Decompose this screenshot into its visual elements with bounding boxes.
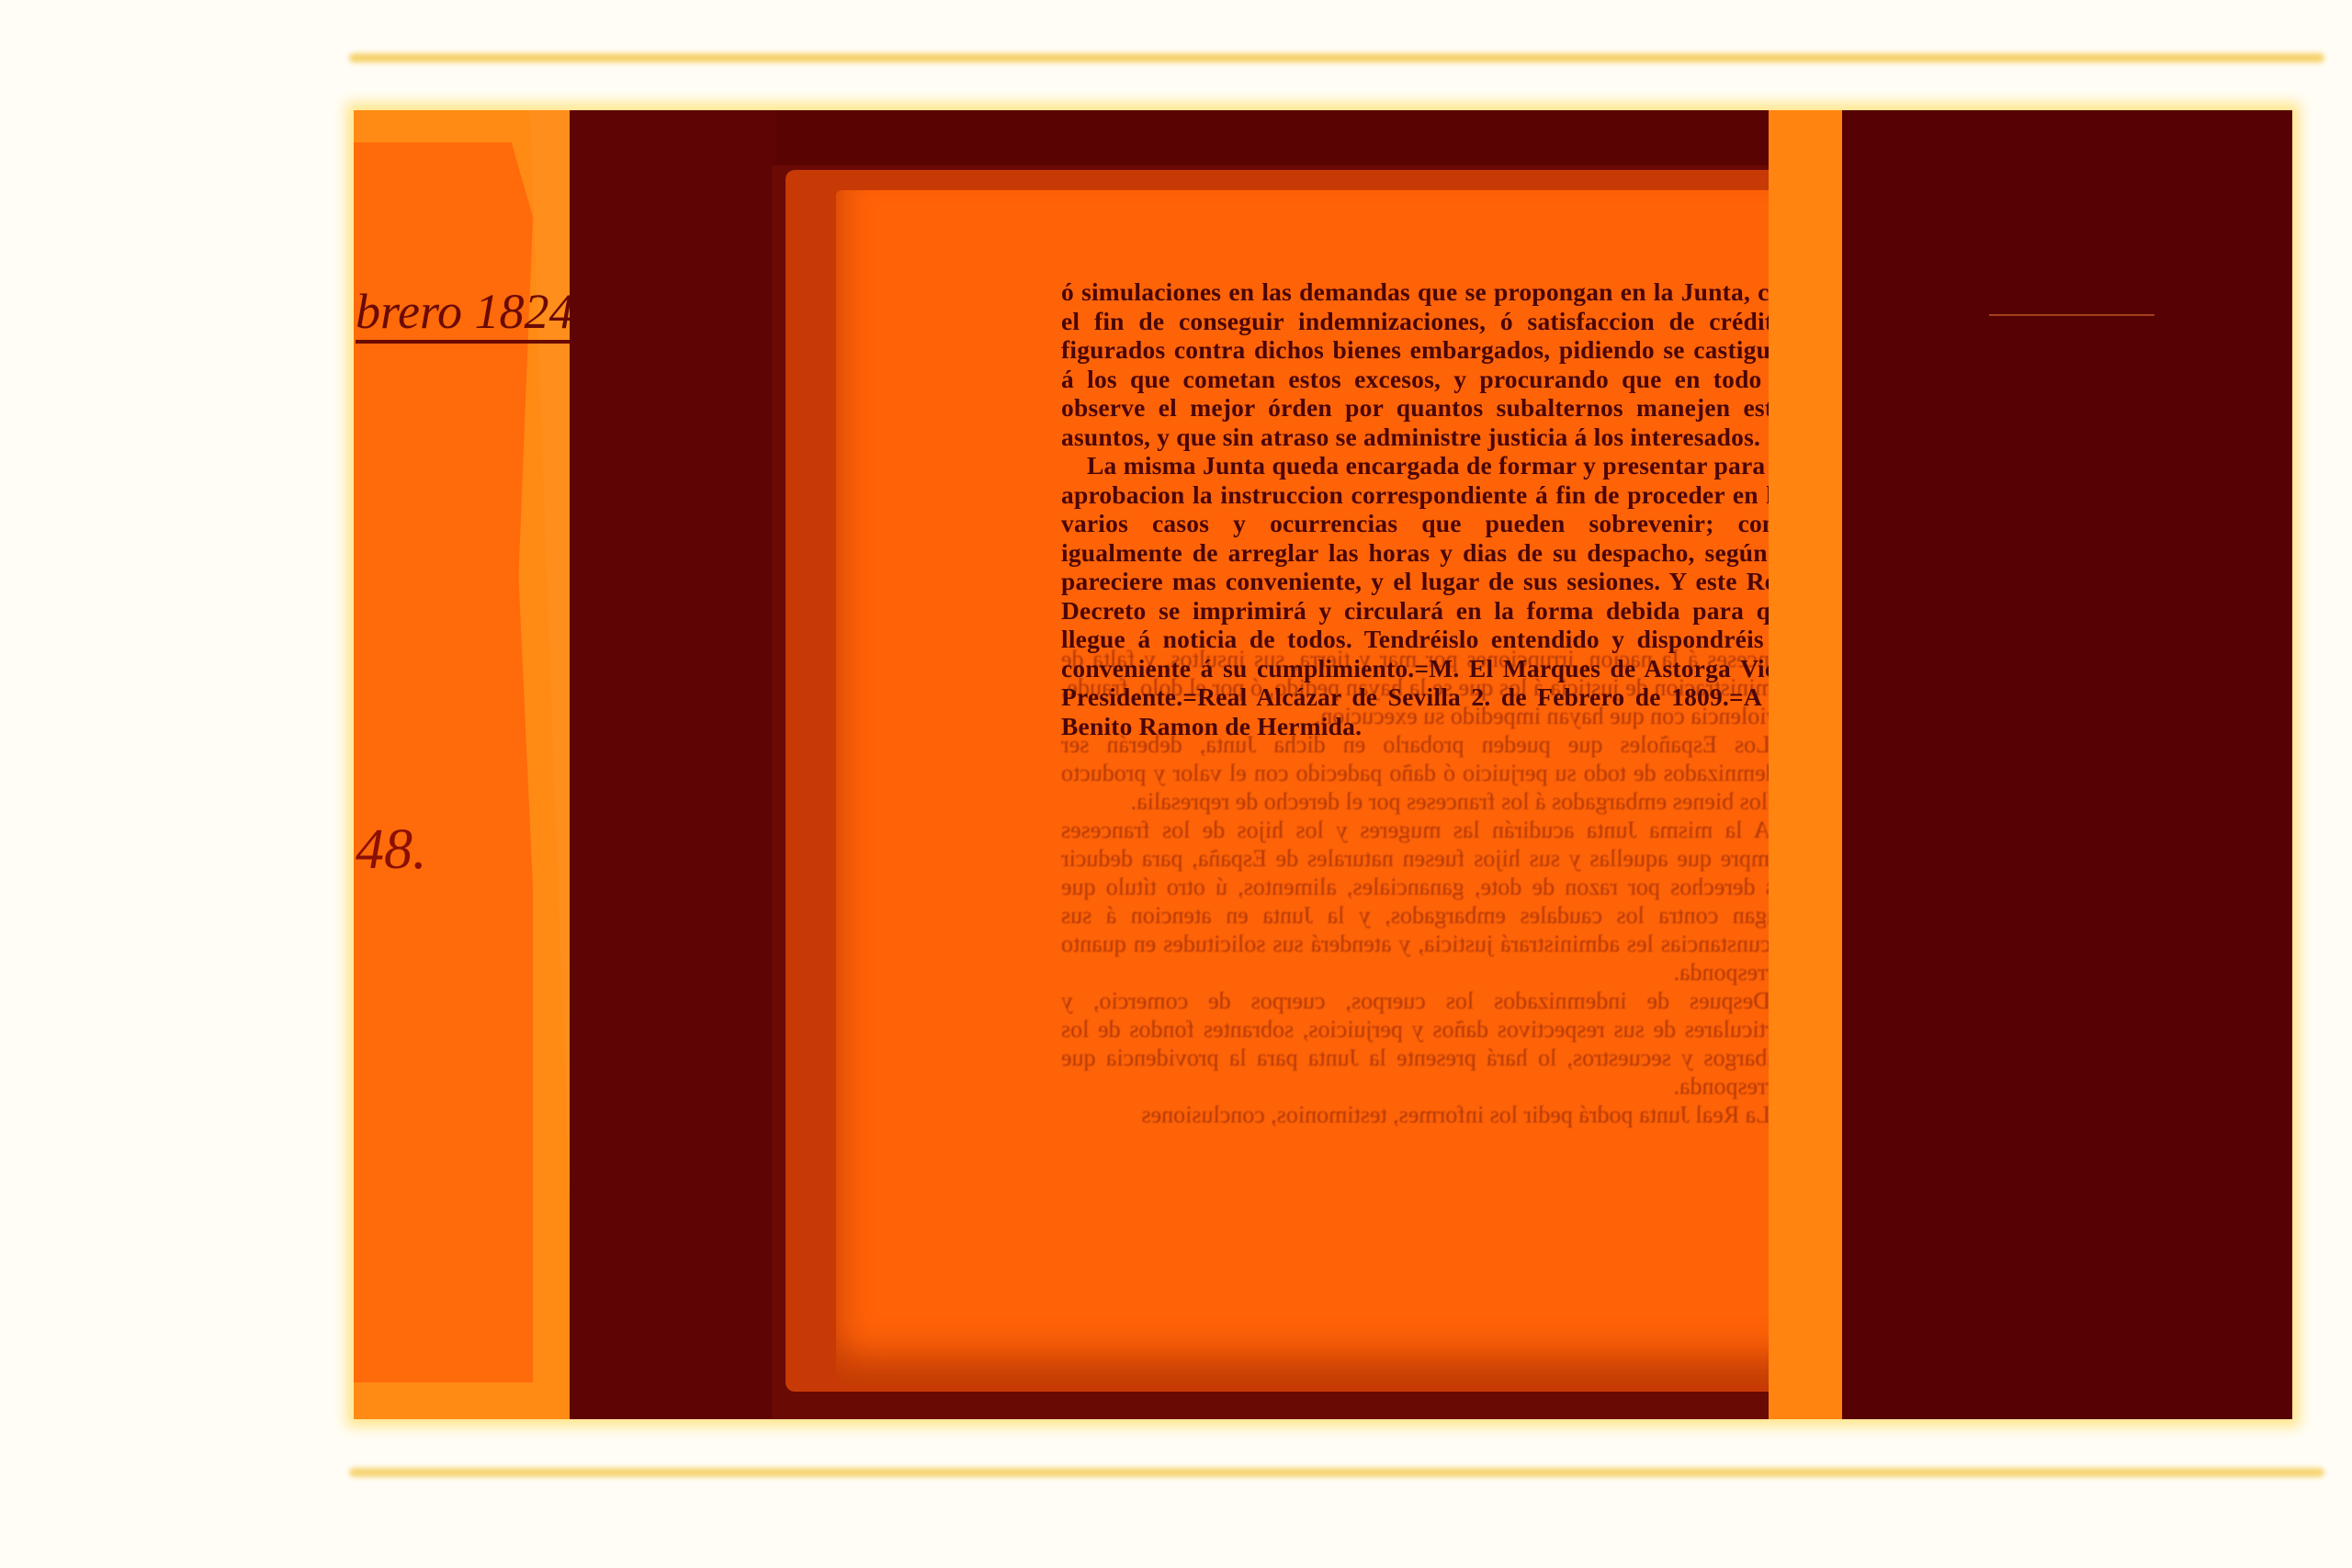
- bleed-paragraph: A la misma Junta acudirán las mugeres y …: [1061, 816, 1796, 987]
- microfilm-frame: brero 1824. 48. franceses á la nacion, i…: [354, 110, 2292, 1419]
- decree-text: ó simulaciones en las demandas que se pr…: [1061, 277, 1796, 740]
- bleed-paragraph: Despues de indemnizados los cuerpos, cue…: [1061, 987, 1796, 1100]
- film-scratch: [1989, 314, 2154, 316]
- dark-background-right: [1842, 110, 2292, 1419]
- handwritten-date: brero 1824.: [356, 283, 592, 344]
- handwritten-folio-number: 48.: [356, 818, 427, 883]
- dark-background-gap: [570, 110, 776, 1419]
- bleed-paragraph: Los Españoles que pueden probarlo en dic…: [1061, 730, 1796, 816]
- film-edge-top: [349, 53, 2324, 62]
- paragraph-junta-instructions: La misma Junta queda encargada de formar…: [1061, 451, 1796, 740]
- bleed-paragraph: La Real Junta podrá pedir los informes, …: [1061, 1100, 1796, 1129]
- paragraph-continuation: ó simulaciones en las demandas que se pr…: [1061, 277, 1796, 451]
- film-edge-bottom: [349, 1468, 2324, 1477]
- right-page-strip: [1769, 110, 1842, 1419]
- left-document-strip: brero 1824. 48.: [354, 110, 574, 1419]
